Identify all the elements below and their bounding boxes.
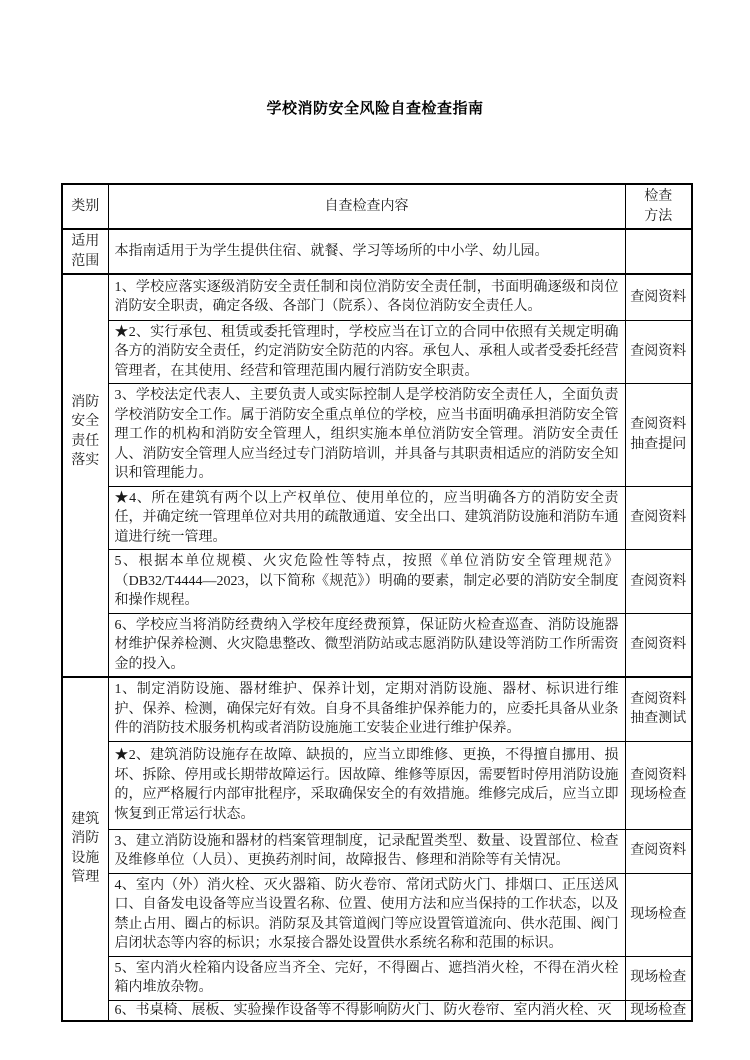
content-cell: 本指南适用于为学生提供住宿、就餐、学习等场所的中小学、幼儿园。 xyxy=(108,229,625,274)
method-cell: 查阅资料 xyxy=(625,274,692,320)
table-row: ★2、建筑消防设施存在故障、缺损的，应当立即维修、更换，不得擅自挪用、损坏、拆除… xyxy=(62,741,692,829)
content-cell: 3、学校法定代表人、主要负责人或实际控制人是学校消防安全责任人，全面负责学校消防… xyxy=(108,384,625,487)
method-cell xyxy=(625,229,692,274)
table-header-row: 类别 自查检查内容 检查 方法 xyxy=(62,184,692,229)
table-row: ★2、实行承包、租赁或委托管理时，学校应当在订立的合同中依照有关规定明确各方的消… xyxy=(62,320,692,384)
method-cell: 查阅资料 抽查测试 xyxy=(625,677,692,741)
content-cell: 1、学校应落实逐级消防安全责任制和岗位消防安全责任制，书面明确逐级和岗位消防安全… xyxy=(108,274,625,320)
table-row: 6、学校应当将消防经费纳入学校年度经费预算，保证防火检查巡查、消防设施器材维护保… xyxy=(62,613,692,677)
method-cell: 现场检查 xyxy=(625,873,692,956)
document-title: 学校消防安全风险自查检查指南 xyxy=(0,97,750,118)
content-cell: ★4、所在建筑有两个以上产权单位、使用单位的，应当明确各方的消防安全责任，并确定… xyxy=(108,486,625,550)
content-cell: 4、室内（外）消火栓、灭火器箱、防火卷帘、常闭式防火门、排烟口、正压送风口、自备… xyxy=(108,873,625,956)
content-cell: 5、室内消火栓箱内设备应当齐全、完好，不得圈占、遮挡消火栓，不得在消火栓箱内堆放… xyxy=(108,956,625,1000)
method-cell: 查阅资料 xyxy=(625,550,692,614)
content-cell: 5、根据本单位规模、火灾危险性等特点，按照《单位消防安全管理规范》（DB32/T… xyxy=(108,550,625,614)
method-cell: 现场检查 xyxy=(625,956,692,1000)
header-cell-method: 检查 方法 xyxy=(625,184,692,229)
table-row: 4、室内（外）消火栓、灭火器箱、防火卷帘、常闭式防火门、排烟口、正压送风口、自备… xyxy=(62,873,692,956)
table-row: 5、根据本单位规模、火灾危险性等特点，按照《单位消防安全管理规范》（DB32/T… xyxy=(62,550,692,614)
page: 学校消防安全风险自查检查指南 类别 自查检查内容 检查 方法 适用 范围 本指南… xyxy=(0,0,750,1060)
category-cell-responsibility: 消防 安全 责任 落实 xyxy=(62,274,108,677)
table-row: 消防 安全 责任 落实 1、学校应落实逐级消防安全责任制和岗位消防安全责任制，书… xyxy=(62,274,692,320)
content-cell: 1、制定消防设施、器材维护、保养计划，定期对消防设施、器材、标识进行维护、保养、… xyxy=(108,677,625,741)
category-cell-scope: 适用 范围 xyxy=(62,229,108,274)
content-cell: 6、学校应当将消防经费纳入学校年度经费预算，保证防火检查巡查、消防设施器材维护保… xyxy=(108,613,625,677)
header-cell-content: 自查检查内容 xyxy=(108,184,625,229)
table-row: 3、学校法定代表人、主要负责人或实际控制人是学校消防安全责任人，全面负责学校消防… xyxy=(62,384,692,487)
table-row: ★4、所在建筑有两个以上产权单位、使用单位的，应当明确各方的消防安全责任，并确定… xyxy=(62,486,692,550)
content-cell: ★2、建筑消防设施存在故障、缺损的，应当立即维修、更换，不得擅自挪用、损坏、拆除… xyxy=(108,741,625,829)
method-cell: 查阅资料 xyxy=(625,613,692,677)
content-cell: 6、书桌椅、展板、实验操作设备等不得影响防火门、防火卷帘、室内消火栓、灭 xyxy=(108,1000,625,1021)
header-cell-category: 类别 xyxy=(62,184,108,229)
table-row: 5、室内消火栓箱内设备应当齐全、完好，不得圈占、遮挡消火栓，不得在消火栓箱内堆放… xyxy=(62,956,692,1000)
table-row: 适用 范围 本指南适用于为学生提供住宿、就餐、学习等场所的中小学、幼儿园。 xyxy=(62,229,692,274)
method-cell: 查阅资料 现场检查 xyxy=(625,741,692,829)
method-cell: 查阅资料 xyxy=(625,320,692,384)
category-cell-facility: 建筑 消防 设施 管理 xyxy=(62,677,108,1021)
content-cell: 3、建立消防设施和器材的档案管理制度，记录配置类型、数量、设置部位、检查及维修单… xyxy=(108,829,625,873)
content-cell: ★2、实行承包、租赁或委托管理时，学校应当在订立的合同中依照有关规定明确各方的消… xyxy=(108,320,625,384)
method-cell: 现场检查 xyxy=(625,1000,692,1021)
table-row: 3、建立消防设施和器材的档案管理制度，记录配置类型、数量、设置部位、检查及维修单… xyxy=(62,829,692,873)
method-cell: 查阅资料 xyxy=(625,829,692,873)
table-row: 6、书桌椅、展板、实验操作设备等不得影响防火门、防火卷帘、室内消火栓、灭 现场检… xyxy=(62,1000,692,1021)
inspection-table: 类别 自查检查内容 检查 方法 适用 范围 本指南适用于为学生提供住宿、就餐、学… xyxy=(61,183,693,1022)
table-row: 建筑 消防 设施 管理 1、制定消防设施、器材维护、保养计划，定期对消防设施、器… xyxy=(62,677,692,741)
method-cell: 查阅资料 xyxy=(625,486,692,550)
method-cell: 查阅资料 抽查提问 xyxy=(625,384,692,487)
